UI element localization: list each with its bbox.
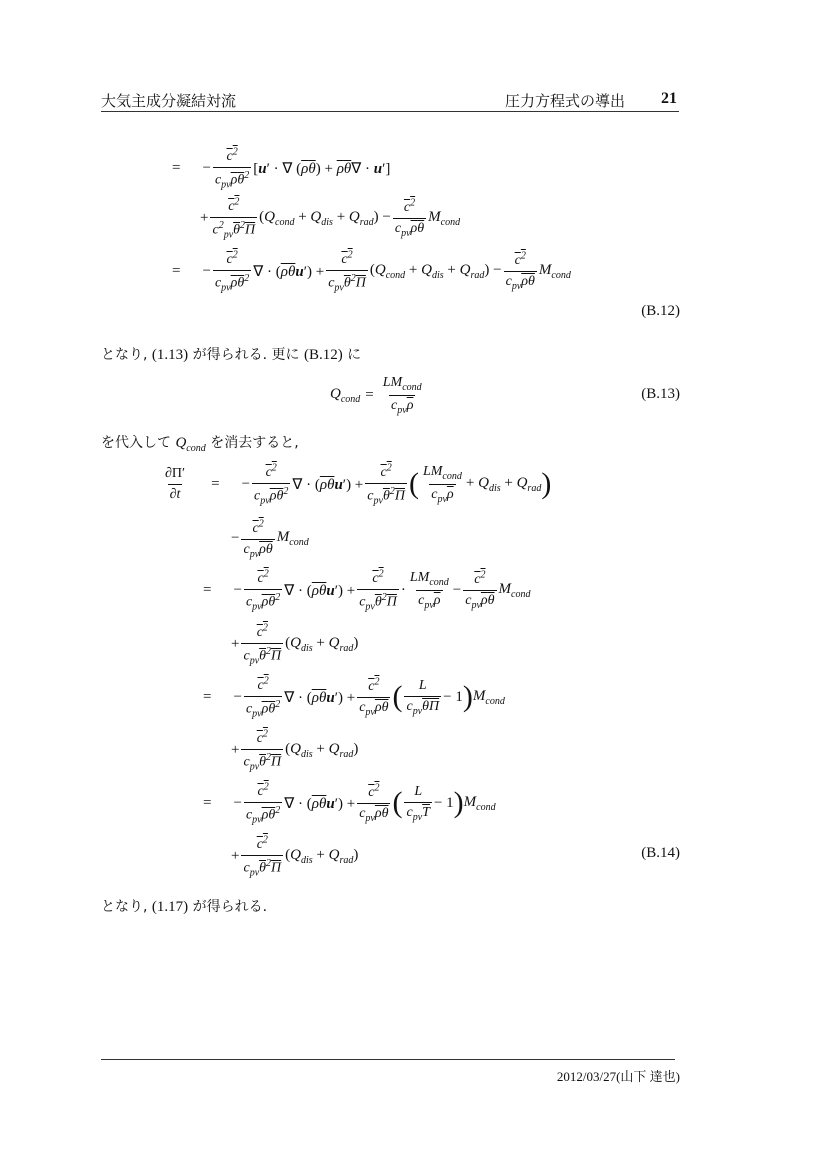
footer-rule xyxy=(101,1059,675,1060)
eq-b14-line3: =− c2cpvρθ2 ∇ · (ρθu′) + c2cpvθ2Π · LMco… xyxy=(203,568,531,612)
paragraph-3: となり, (1.17) が得られる. xyxy=(101,896,267,916)
eq-b14-line2: − c2cpvρθ Mcond xyxy=(231,518,309,559)
paragraph-1: となり, (1.13) が得られる. 更に (B.12) に xyxy=(101,344,361,364)
eq-b12-line1: =− c2cpvρθ2 [u′ · ∇ (ρθ) + ρθ∇ · u′] xyxy=(172,146,390,190)
eq-b14-line4: + c2cpvθ2Π (Qdis + Qrad) xyxy=(231,622,358,666)
equation-reference[interactable]: (1.17) xyxy=(152,899,188,915)
eq-b14-line1: ∂Π′∂t =− c2cpvρθ2 ∇ · (ρθu′) + c2cpvθ2Π … xyxy=(161,462,551,506)
paragraph-2: を代入して Qcond を消去すると, xyxy=(101,432,299,454)
eq-b13: Qcond= LMcondcpvρ xyxy=(330,375,426,416)
equation-reference[interactable]: (B.12) xyxy=(304,347,343,363)
eq-b14-line6: + c2cpvθ2Π (Qdis + Qrad) xyxy=(231,728,358,772)
eq-b14-line5: =− c2cpvρθ2 ∇ · (ρθu′) + c2cpvρθ ( Lcpvθ… xyxy=(203,675,505,719)
equation-number-b12: (B.12) xyxy=(641,303,680,320)
eq-b14-line7: =− c2cpvρθ2 ∇ · (ρθu′) + c2cpvρθ ( LcpvT… xyxy=(203,781,496,825)
equation-number-b14: (B.14) xyxy=(641,845,680,862)
page-number: 21 xyxy=(661,90,677,108)
equation-reference[interactable]: (1.13) xyxy=(152,347,188,363)
section-title: 圧力方程式の導出 xyxy=(505,90,625,111)
footer-date-author: 2012/03/27(山下 達也) xyxy=(557,1066,680,1085)
eq-b14-line8: + c2cpvθ2Π (Qdis + Qrad) xyxy=(231,834,358,878)
running-title: 大気主成分凝結対流 xyxy=(101,90,236,111)
eq-b12-line3: =− c2cpvρθ2 ∇ · (ρθu′) + c2cpvθ2Π (Qcond… xyxy=(172,249,571,293)
equation-number-b13: (B.13) xyxy=(641,386,680,403)
header-rule xyxy=(101,111,679,112)
eq-b12-line2: + c2c2pvθ2Π (Qcond + Qdis + Qrad) − c2cp… xyxy=(200,196,460,240)
